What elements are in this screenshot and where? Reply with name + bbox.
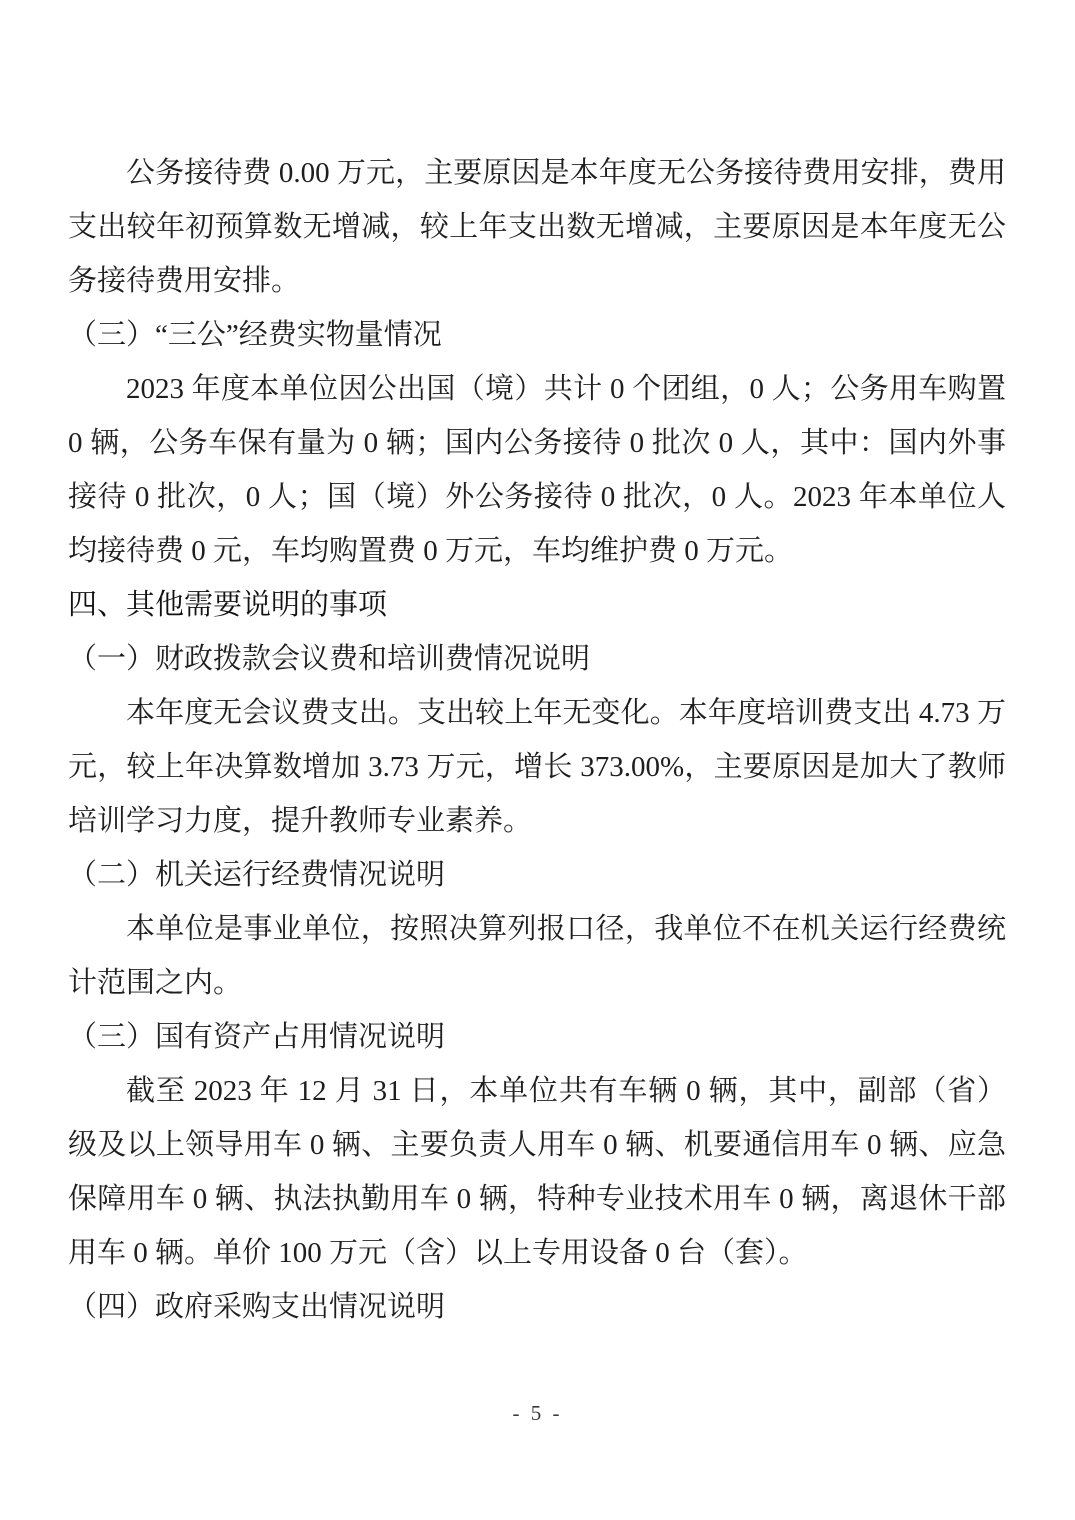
- paragraph-three-public-details: 2023 年度本单位因公出国（境）共计 0 个团组，0 人；公务用车购置 0 辆…: [68, 362, 1006, 578]
- document-body: 公务接待费 0.00 万元，主要原因是本年度无公务接待费用安排，费用支出较年初预…: [68, 146, 1006, 1334]
- page-footer: - 5 -: [0, 1398, 1075, 1428]
- heading-other-matters: 四、其他需要说明的事项: [68, 578, 1006, 632]
- paragraph-meeting-training-details: 本年度无会议费支出。支出较上年无变化。本年度培训费支出 4.73 万元，较上年决…: [68, 686, 1006, 848]
- paragraph-state-assets-details: 截至 2023 年 12 月 31 日，本单位共有车辆 0 辆，其中，副部（省）…: [68, 1064, 1006, 1280]
- heading-state-assets-occupancy: （三）国有资产占用情况说明: [68, 1010, 1006, 1064]
- paragraph-reception-expense: 公务接待费 0.00 万元，主要原因是本年度无公务接待费用安排，费用支出较年初预…: [68, 146, 1006, 308]
- heading-government-procurement: （四）政府采购支出情况说明: [68, 1280, 1006, 1334]
- heading-meeting-training-fees: （一）财政拨款会议费和培训费情况说明: [68, 632, 1006, 686]
- document-page: 公务接待费 0.00 万元，主要原因是本年度无公务接待费用安排，费用支出较年初预…: [0, 0, 1075, 1520]
- page-number: - 5 -: [513, 1401, 563, 1425]
- heading-three-public-physical-quantity: （三）“三公”经费实物量情况: [68, 308, 1006, 362]
- heading-agency-operating-funds: （二）机关运行经费情况说明: [68, 848, 1006, 902]
- paragraph-agency-operating-details: 本单位是事业单位，按照决算列报口径，我单位不在机关运行经费统计范围之内。: [68, 902, 1006, 1010]
